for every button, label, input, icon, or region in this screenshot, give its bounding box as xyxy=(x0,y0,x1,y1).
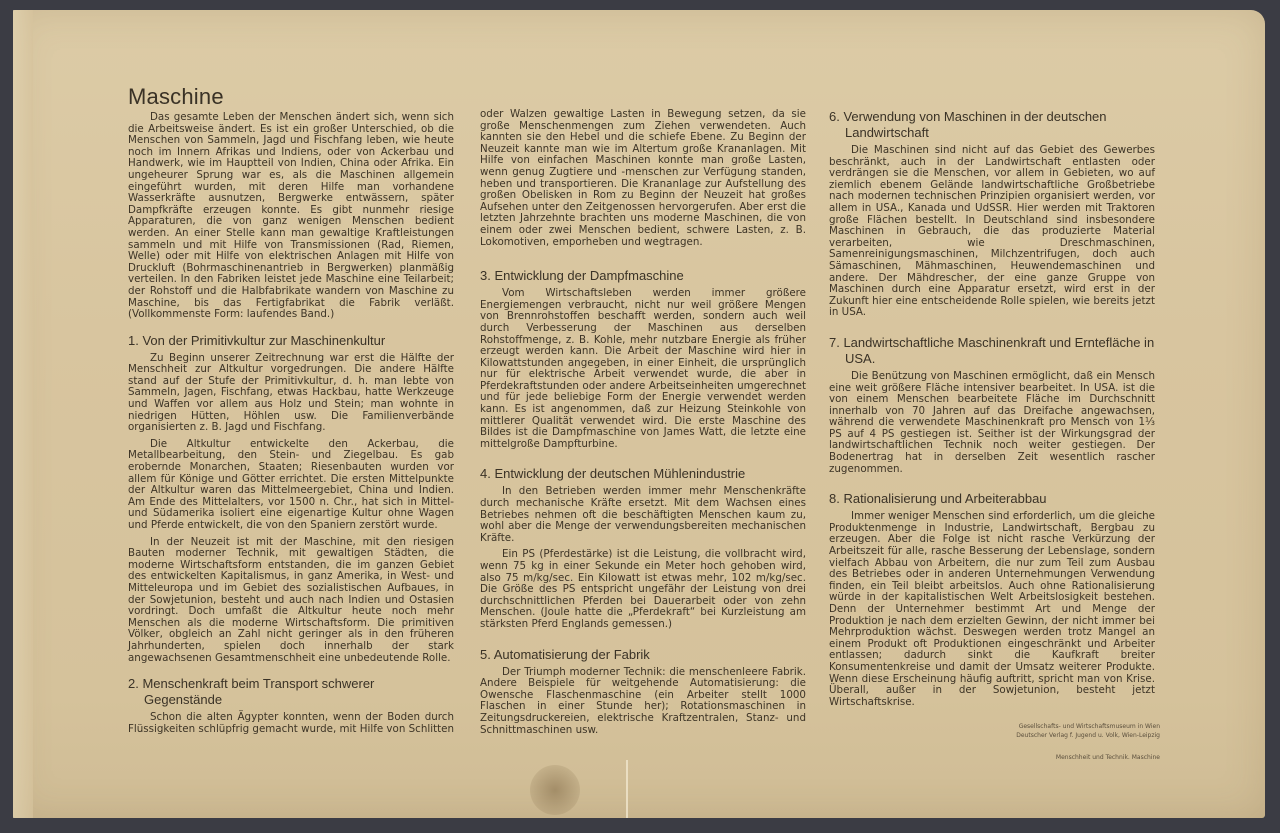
section-6-paragraph: Die Maschinen sind nicht auf das Gebiet … xyxy=(829,145,1155,319)
document-title: Maschine xyxy=(128,84,454,110)
intro-paragraph: Das gesamte Leben der Menschen ändert si… xyxy=(128,112,454,321)
section-7-heading: 7. Landwirtschaftliche Maschinenkraft un… xyxy=(829,335,1155,367)
section-5-paragraph: Der Triumph moderner Technik: die mensch… xyxy=(480,667,806,737)
section-4-paragraph-1: In den Betrieben werden immer mehr Mensc… xyxy=(480,486,806,544)
paper-fold xyxy=(13,10,33,818)
section-4-paragraph-2: Ein PS (Pferdestärke) ist die Leistung, … xyxy=(480,549,806,630)
column-2: oder Walzen gewaltige Lasten in Bewegung… xyxy=(480,109,806,741)
section-2-paragraph-part-2: oder Walzen gewaltige Lasten in Bewegung… xyxy=(480,109,806,248)
section-2-heading: 2. Menschenkraft beim Transport schwerer… xyxy=(128,676,454,708)
section-1-paragraph-3: In der Neuzeit ist mit der Maschine, mit… xyxy=(128,537,454,665)
section-3-paragraph: Vom Wirtschaftsleben werden immer größer… xyxy=(480,288,806,450)
section-1-paragraph-2: Die Altkultur entwickelte den Ackerbau, … xyxy=(128,439,454,532)
imprint-museum: Gesellschafts- und Wirtschaftsmuseum in … xyxy=(990,722,1160,731)
section-2-paragraph-part-1: Schon die alten Ägypter konnten, wenn de… xyxy=(128,712,454,735)
section-1-paragraph-1: Zu Beginn unserer Zeitrechnung war erst … xyxy=(128,353,454,434)
section-8-heading: 8. Rationalisierung und Arbeiterabbau xyxy=(829,491,1155,507)
column-1: Maschine Das gesamte Leben der Menschen … xyxy=(128,84,454,740)
paper-crease xyxy=(626,760,628,818)
section-5-heading: 5. Automatisierung der Fabrik xyxy=(480,647,806,663)
section-6-heading: 6. Verwendung von Maschinen in der deuts… xyxy=(829,109,1155,141)
section-1-heading: 1. Von der Primitivkultur zur Maschinenk… xyxy=(128,333,454,349)
section-3-heading: 3. Entwicklung der Dampfmaschine xyxy=(480,268,806,284)
section-8-paragraph: Immer weniger Menschen sind erforderlich… xyxy=(829,511,1155,708)
section-4-heading: 4. Entwicklung der deutschen Mühlenindus… xyxy=(480,466,806,482)
imprint-series: Menschheit und Technik. Maschine xyxy=(990,753,1160,762)
paper-stain xyxy=(530,765,580,815)
imprint: Gesellschafts- und Wirtschaftsmuseum in … xyxy=(990,722,1160,762)
section-7-paragraph: Die Benützung von Maschinen ermöglicht, … xyxy=(829,371,1155,475)
column-3: 6. Verwendung von Maschinen in der deuts… xyxy=(829,109,1155,713)
imprint-publisher: Deutscher Verlag f. Jugend u. Volk, Wien… xyxy=(990,731,1160,740)
